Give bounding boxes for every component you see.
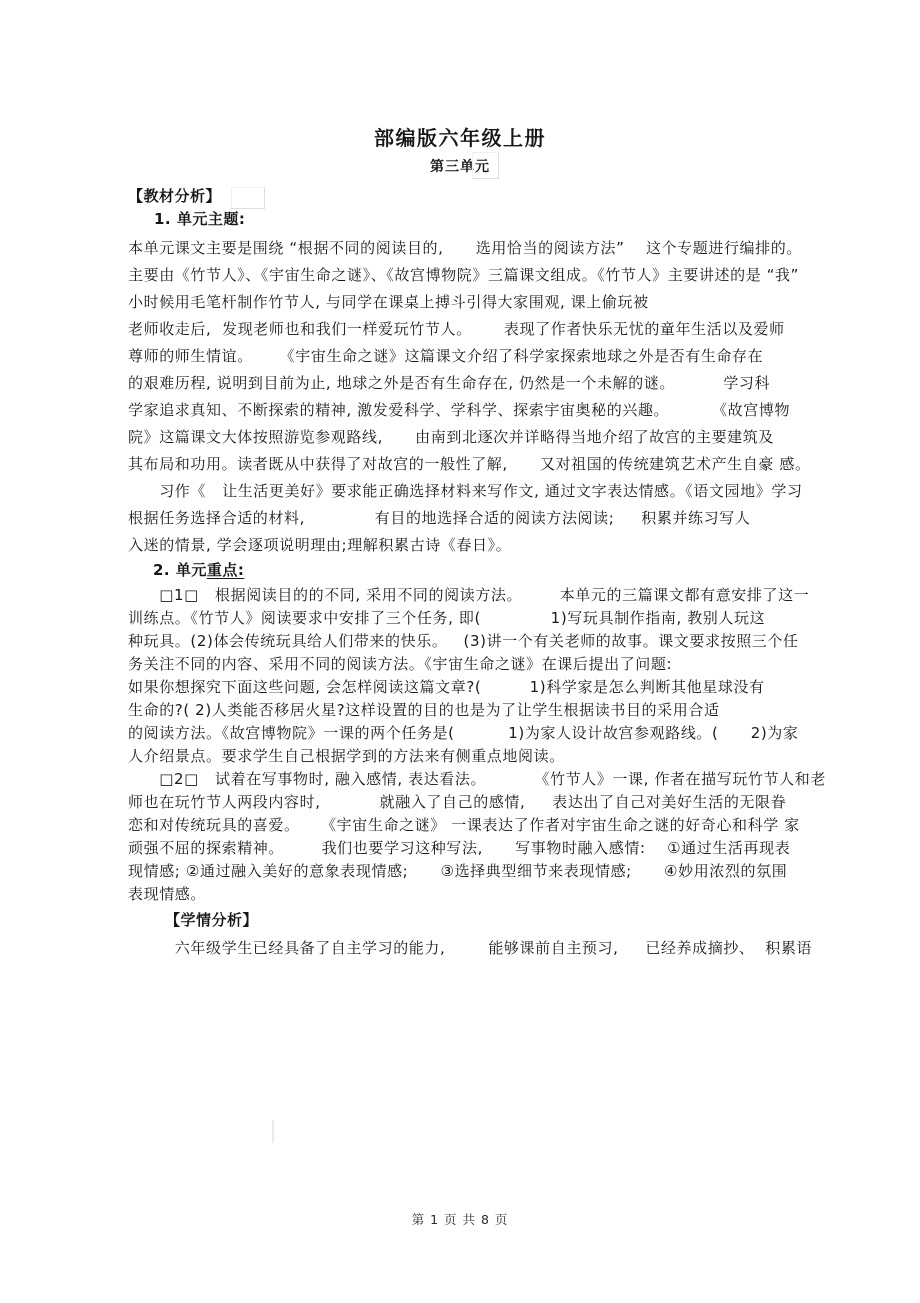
text-line: 生命的?( 2)人类能否移居火星?这样设置的目的也是为了让学生根据读书目的采用合… xyxy=(128,699,826,722)
text-line: 人介绍景点。要求学生自己根据学到的方法来有侧重点地阅读。 xyxy=(128,745,826,768)
text-line: 小时候用毛笔杆制作竹节人, 与同学在课桌上搏斗引得大家围观, 课上偷玩被 xyxy=(128,289,811,316)
text-line: 入迷的情景, 学会逐项说明理由;理解积累古诗《春日》。 xyxy=(128,532,811,559)
document-page: 部编版六年级上册 第三单元 【教材分析】 1. 单元主题: 本单元课文主要是围绕… xyxy=(0,0,920,1303)
text-line: 训练点。《竹节人》阅读要求中安排了三个任务, 即( 1)写玩具制作指南, 教别人… xyxy=(128,607,826,630)
text-line: 习作《 让生活更美好》要求能正确选择材料来写作文, 通过文字表达情感。《语文园地… xyxy=(128,478,811,505)
text-line: □1□ 根据阅读目的的不同, 采用不同的阅读方法。 本单元的三篇课文都有意安排了… xyxy=(128,584,826,607)
text-line: 的艰难历程, 说明到目前为止, 地球之外是否有生命存在, 仍然是一个未解的谜。 … xyxy=(128,370,811,397)
material-analysis-heading: 【教材分析】 xyxy=(128,185,221,206)
text-line: 其布局和功用。读者既从中获得了对故宫的一般性了解, 又对祖国的传统建筑艺术产生自… xyxy=(128,451,811,478)
text-line: 种玩具。(2)体会传统玩具给人们带来的快乐。 (3)讲一个有关老师的故事。课文要… xyxy=(128,630,826,653)
text-line: 本单元课文主要是围绕 “根据不同的阅读目的, 选用恰当的阅读方法” 这个专题进行… xyxy=(128,235,811,262)
page-number-footer: 第 1 页 共 8 页 xyxy=(0,1210,920,1228)
unit-keypoints-label: 2. 单元重点: xyxy=(153,559,244,580)
unit-theme-label: 1. 单元主题: xyxy=(154,208,245,229)
stray-scan-mark xyxy=(272,1120,274,1143)
document-title: 部编版六年级上册 xyxy=(0,122,920,151)
unit-keypoints-label-prefix: 2. 单元 xyxy=(153,561,207,579)
unit-keypoints-label-underlined: 重点: xyxy=(207,561,245,579)
unit-keypoints-paragraph: □1□ 根据阅读目的的不同, 采用不同的阅读方法。 本单元的三篇课文都有意安排了… xyxy=(128,584,826,906)
text-line: 如果你想探究下面这些问题, 会怎样阅读这篇文章?( 1)科学家是怎么判断其他星球… xyxy=(128,676,826,699)
text-line: 表现情感。 xyxy=(128,883,826,906)
text-line: 院》这篇课文大体按照游览参观路线, 由南到北逐次并详略得当地介绍了故宫的主要建筑… xyxy=(128,424,811,451)
empty-revision-box xyxy=(472,152,499,179)
empty-revision-box xyxy=(231,187,265,209)
text-line: 根据任务选择合适的材料, 有目的地选择合适的阅读方法阅读; 积累并练习写人 xyxy=(128,505,811,532)
text-line: 务关注不同的内容、采用不同的阅读方法。《宇宙生命之谜》在课后提出了问题: xyxy=(128,653,826,676)
unit-theme-paragraph: 本单元课文主要是围绕 “根据不同的阅读目的, 选用恰当的阅读方法” 这个专题进行… xyxy=(128,235,811,559)
text-line: 尊师的师生情谊。 《宇宙生命之谜》这篇课文介绍了科学家探索地球之外是否有生命存在 xyxy=(128,343,811,370)
learning-analysis-heading: 【学情分析】 xyxy=(165,909,258,930)
text-line: 主要由《竹节人》、《宇宙生命之谜》、《故宫博物院》三篇课文组成。《竹节人》主要讲… xyxy=(128,262,811,289)
text-line: 学家追求真知、不断探索的精神, 激发爱科学、学科学、探索宇宙奥秘的兴趣。 《故宫… xyxy=(128,397,811,424)
text-line: 老师收走后, 发现老师也和我们一样爱玩竹节人。 表现了作者快乐无忧的童年生活以及… xyxy=(128,316,811,343)
learning-analysis-paragraph: 六年级学生已经具备了自主学习的能力, 能够课前自主预习, 已经养成摘抄、 积累语 xyxy=(128,936,812,960)
text-line: 顽强不屈的探索精神。 我们也要学习这种写法, 写事物时融入感情: ①通过生活再现… xyxy=(128,837,826,860)
text-line: □2□ 试着在写事物时, 融入感情, 表达看法。 《竹节人》一课, 作者在描写玩… xyxy=(128,768,826,791)
text-line: 六年级学生已经具备了自主学习的能力, 能够课前自主预习, 已经养成摘抄、 积累语 xyxy=(128,936,812,960)
text-line: 恋和对传统玩具的喜爱。 《宇宙生命之谜》 一课表达了作者对宇宙生命之谜的好奇心和… xyxy=(128,814,826,837)
text-line: 现情感; ②通过融入美好的意象表现情感; ③选择典型细节来表现情感; ④妙用浓烈… xyxy=(128,860,826,883)
unit-subtitle: 第三单元 xyxy=(0,156,920,176)
text-line: 师也在玩竹节人两段内容时, 就融入了自己的感情, 表达出了自己对美好生活的无限眷 xyxy=(128,791,826,814)
text-line: 的阅读方法。《故宫博物院》一课的两个任务是( 1)为家人设计故宫参观路线。( 2… xyxy=(128,722,826,745)
